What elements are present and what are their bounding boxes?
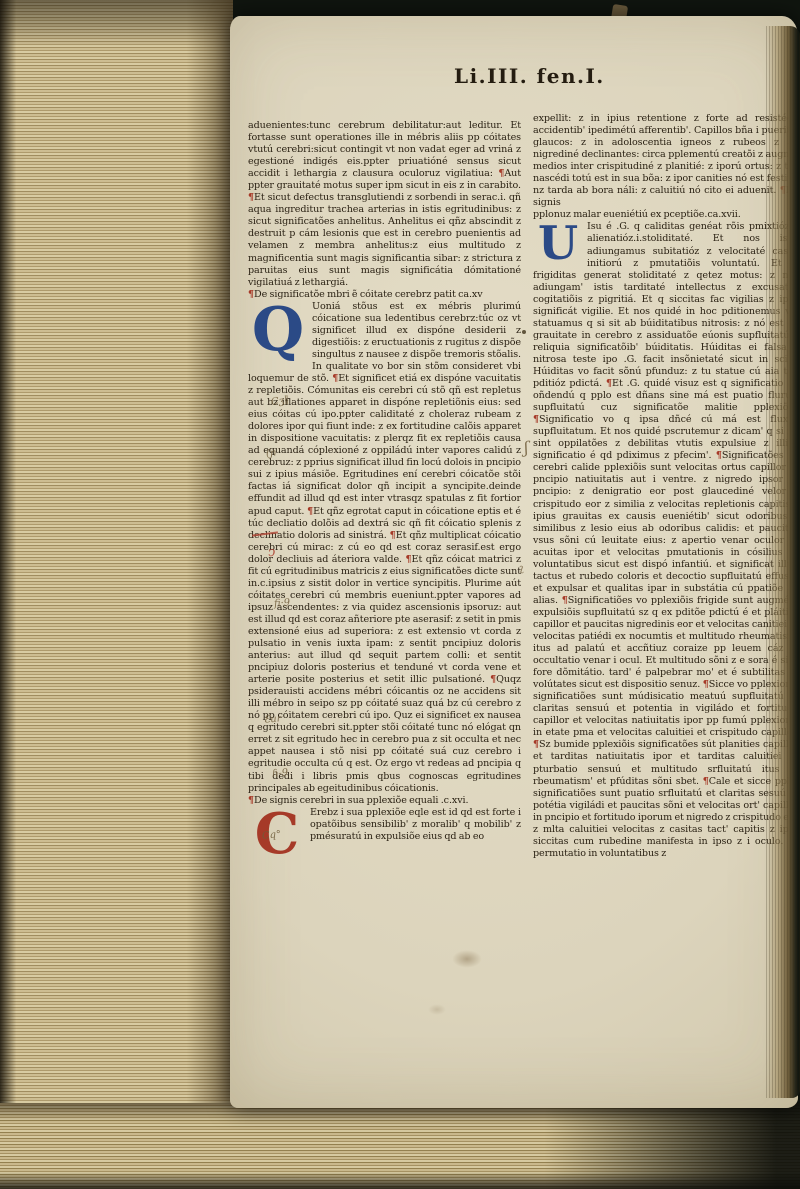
faint-stain (428, 1004, 446, 1015)
pilcrow-rubric: ¶ (703, 679, 709, 690)
marginal-note-5: Ɛuɾ (264, 713, 282, 725)
marginal-flourish-small: ʅ (519, 563, 525, 574)
marginal-note-3-red: ↄ (267, 545, 276, 561)
pilcrow-rubric: ¶ (390, 530, 396, 541)
pilcrow-rubric: ¶ (716, 450, 722, 461)
pilcrow-rubric: ¶ (498, 168, 504, 179)
paragraph-communication-signs: aduenientes:tunc cerebrum debilitatur:au… (248, 120, 521, 289)
book-photo: Li.III. fen.I. aduenientes:tunc cerebrum… (0, 0, 800, 1189)
wormhole-speck (522, 330, 526, 334)
pilcrow-rubric: ¶ (533, 414, 539, 425)
paragraph-text: Uoniá stõus est ex mébris plurimú cóicat… (248, 301, 521, 794)
paragraph-text: Erebz i sua pplexiõe eqle est id qd est … (310, 807, 521, 842)
pilcrow-rubric: ¶ (248, 795, 254, 806)
pilcrow-rubric: ¶ (533, 739, 539, 750)
paragraph-chapter-xvii: UIsu é .G. q caliditas genéat rõis pmixt… (533, 221, 799, 859)
chapter-heading-xv: ¶De significatõe mbri ẽ cóitate cerebrz … (248, 289, 521, 301)
pilcrow-rubric: ¶ (248, 289, 254, 300)
running-title: Li.III. fen.I. (454, 64, 605, 88)
lombard-initial-q: Q (248, 302, 308, 362)
chapter-heading-xvii: pplonuz malar eueniétiú ex pceptiõe.ca.x… (533, 209, 799, 221)
paragraph-chapter-xvi: CErebz i sua pplexiõe eqle est id qd est… (248, 807, 521, 843)
pilcrow-rubric: ¶ (248, 192, 254, 203)
book-page-stack-right (766, 26, 800, 1098)
chapter-heading-xvi: ¶De signis cerebri in sua pplexiõe equal… (248, 795, 521, 807)
text-column-left: aduenientes:tunc cerebrum debilitatur:au… (248, 120, 521, 864)
pilcrow-rubric: ¶ (606, 378, 612, 389)
pilcrow-rubric: ¶ (307, 506, 313, 517)
pilcrow-rubric: ¶ (562, 595, 568, 606)
paragraph-hair-signs: expellit: z in ipius retentione z forte … (533, 113, 799, 209)
ink-stain (452, 950, 482, 968)
pilcrow-rubric: ¶ (703, 776, 709, 787)
marginal-note-2: (ɲ (266, 448, 277, 460)
book-page: Li.III. fen.I. aduenientes:tunc cerebrum… (230, 16, 798, 1108)
text-column-right: expellit: z in ipius retentione z forte … (533, 113, 799, 860)
book-page-stack-bottom (0, 1103, 800, 1189)
pilcrow-rubric: ¶ (332, 373, 338, 384)
marginal-note-7: Cq° (262, 829, 282, 842)
marginal-note-4: fi·9 (274, 597, 291, 609)
marginal-note-1: Cʒ∥ (271, 395, 290, 408)
book-page-stack-left (0, 0, 233, 1189)
marginal-note-6: ɦ-9 (272, 767, 289, 779)
lombard-initial-u: U (533, 222, 583, 268)
paragraph-chapter-xv: QUoniá stõus est ex mébris plurimú cóica… (248, 301, 521, 795)
pilcrow-rubric: ¶ (406, 554, 412, 565)
paragraph-text: Isu é .G. q caliditas genéat rõis pmixti… (533, 221, 799, 858)
pilcrow-rubric: ¶ (490, 674, 496, 685)
